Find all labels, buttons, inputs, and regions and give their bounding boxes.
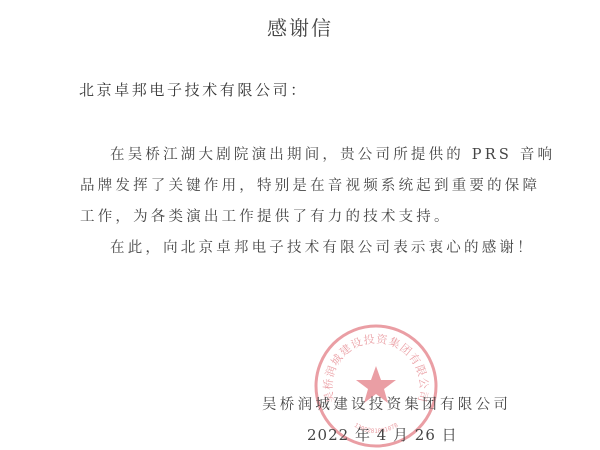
- letter-title: 感谢信: [0, 12, 600, 41]
- body-paragraph-2: 在此，向北京卓邦电子技术有限公司表示衷心的感谢！: [80, 233, 535, 264]
- salutation: 北京卓邦电子技术有限公司：: [79, 79, 308, 100]
- paragraph-line: 工作，为各类演出工作提供了有力的技术支持。: [80, 202, 555, 233]
- paragraph-line: 在吴桥江湖大剧院演出期间，贵公司所提供的 PRS 音响: [80, 140, 555, 171]
- signature-organization: 吴桥润城建设投资集团有限公司: [262, 393, 511, 414]
- signature-date: 2022 年 4 月 26 日: [307, 424, 458, 445]
- body-paragraph-1: 在吴桥江湖大剧院演出期间，贵公司所提供的 PRS 音响 品牌发挥了关键作用，特别…: [80, 140, 555, 233]
- paragraph-line: 在此，向北京卓邦电子技术有限公司表示衷心的感谢！: [80, 233, 535, 264]
- paragraph-line: 品牌发挥了关键作用，特别是在音视频系统起到重要的保障: [80, 171, 555, 202]
